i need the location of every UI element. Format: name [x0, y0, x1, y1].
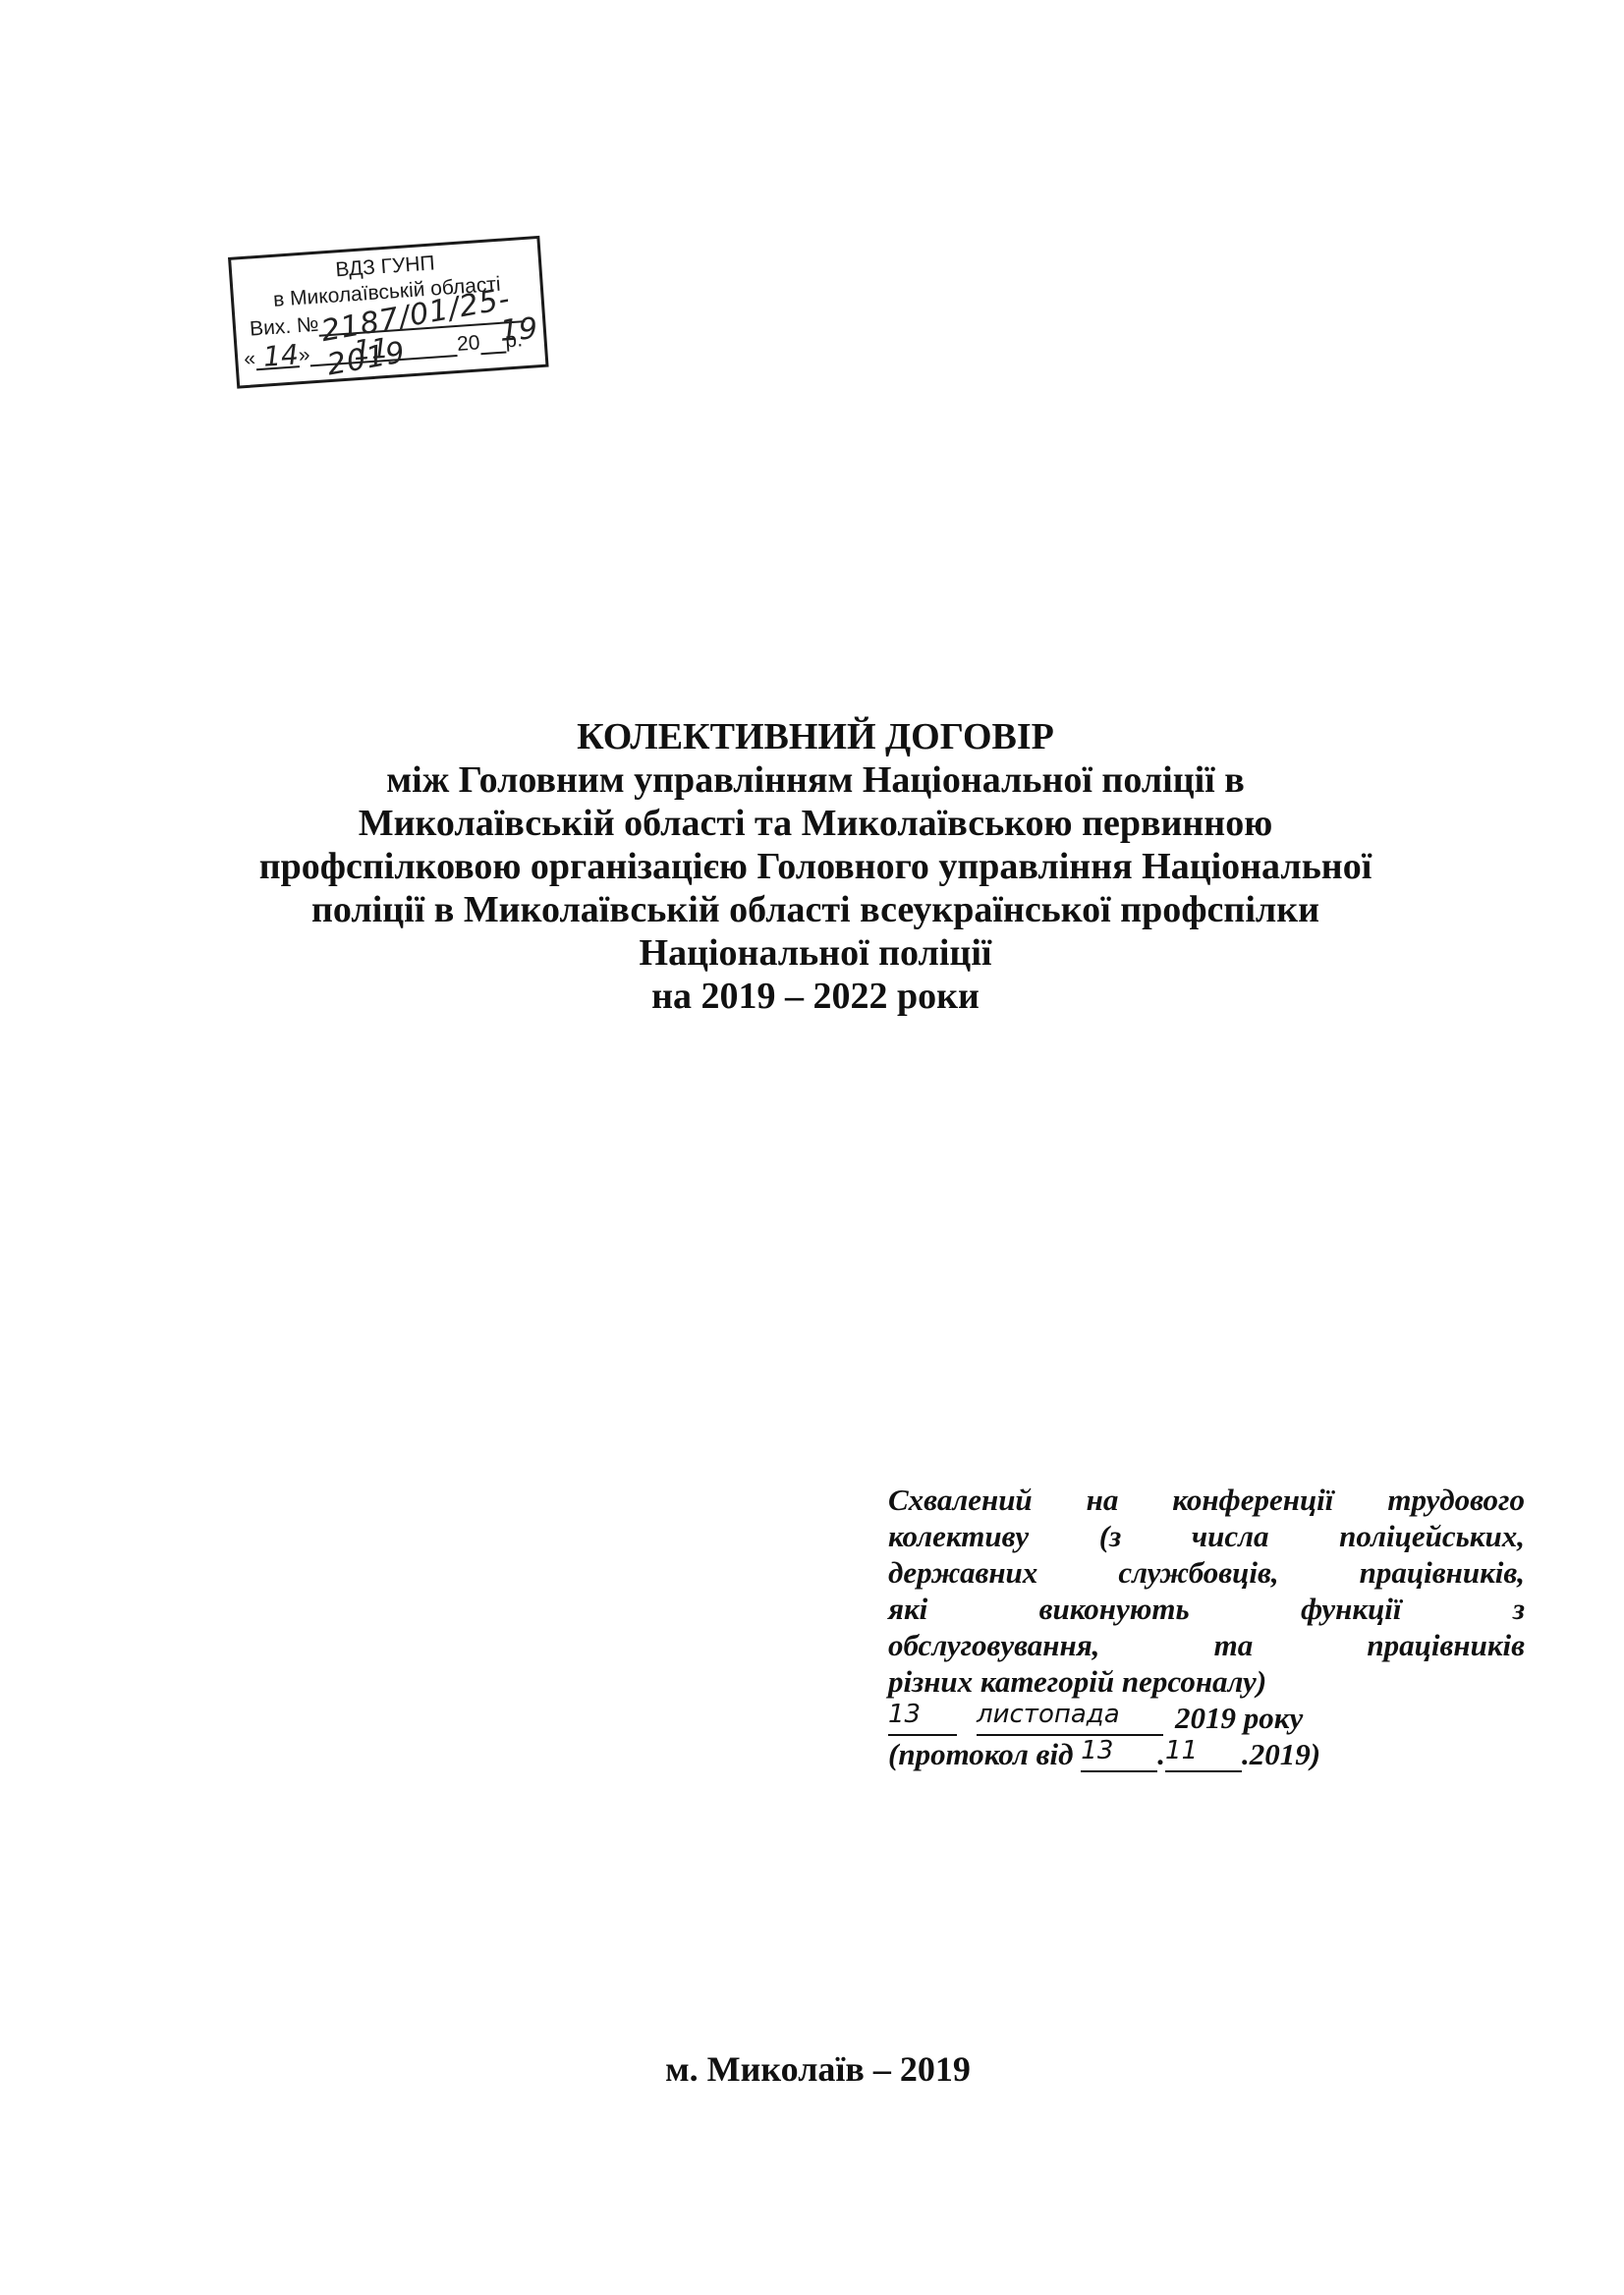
approval-year: 2019 року: [1175, 1700, 1303, 1736]
document-title-block: КОЛЕКТИВНИЙ ДОГОВІР між Головним управлі…: [177, 715, 1454, 1018]
word: колективу: [888, 1518, 1029, 1554]
protocol-suffix: .2019): [1242, 1736, 1320, 1772]
word: з: [1513, 1591, 1525, 1627]
title-line: Національної поліції: [177, 931, 1454, 975]
word: (з: [1099, 1518, 1121, 1554]
word: поліцейських,: [1339, 1518, 1525, 1554]
protocol-handwritten-day: 13: [1081, 1736, 1157, 1772]
stamp-outgoing-label: Вих. №: [249, 313, 319, 341]
word: які: [888, 1591, 927, 1627]
approval-date-line: 13листопада2019 року: [888, 1700, 1525, 1736]
title-period: на 2019 – 2022 роки: [177, 975, 1454, 1018]
word: конференції: [1172, 1482, 1333, 1518]
stamp-handwritten-day: 14: [262, 338, 300, 372]
approval-note: Схвалений на конференції трудового колек…: [888, 1482, 1525, 1772]
approval-line: колективу (з числа поліцейських,: [888, 1518, 1525, 1554]
word: працівників,: [1360, 1554, 1525, 1591]
approval-line: які виконують функції з: [888, 1591, 1525, 1627]
word: службовців,: [1118, 1554, 1278, 1591]
document-footer: м. Миколаїв – 2019: [0, 2049, 1624, 2089]
word: та: [1214, 1627, 1254, 1663]
handwritten-day: 13: [888, 1700, 957, 1736]
document-heading: КОЛЕКТИВНИЙ ДОГОВІР: [177, 715, 1454, 758]
place-year: м. Миколаїв – 2019: [665, 2049, 971, 2089]
word: працівників: [1367, 1627, 1525, 1663]
word: державних: [888, 1554, 1037, 1591]
stamp-handwritten-year: 19: [499, 311, 539, 349]
word: числа: [1192, 1518, 1269, 1554]
word: на: [1087, 1482, 1119, 1518]
approval-line: обслуговування, та працівників: [888, 1627, 1525, 1663]
registration-stamp: ВДЗ ГУНП в Миколаївській області Вих. № …: [228, 236, 549, 389]
word: функції: [1301, 1591, 1402, 1627]
title-line: поліції в Миколаївській області всеукраї…: [177, 888, 1454, 931]
protocol-prefix: (протокол від: [888, 1736, 1074, 1772]
word: різних категорій персоналу): [888, 1663, 1266, 1700]
stamp-handwritten-month: 11: [353, 332, 390, 366]
protocol-sep: .: [1157, 1736, 1165, 1772]
protocol-line: (протокол від 13.11.2019): [888, 1736, 1525, 1772]
approval-line: Схвалений на конференції трудового: [888, 1482, 1525, 1518]
approval-line: різних категорій персоналу): [888, 1663, 1525, 1700]
word: трудового: [1387, 1482, 1525, 1518]
word: Схвалений: [888, 1482, 1033, 1518]
title-line: профспілковою організацією Головного упр…: [177, 845, 1454, 888]
word: обслуговування,: [888, 1627, 1099, 1663]
title-line: між Головним управлінням Національної по…: [177, 758, 1454, 802]
word: виконують: [1039, 1591, 1190, 1627]
title-line: Миколаївській області та Миколаївською п…: [177, 802, 1454, 845]
handwritten-month: листопада: [977, 1700, 1163, 1736]
protocol-handwritten-month: 11: [1165, 1736, 1242, 1772]
approval-line: державних службовців, працівників,: [888, 1554, 1525, 1591]
